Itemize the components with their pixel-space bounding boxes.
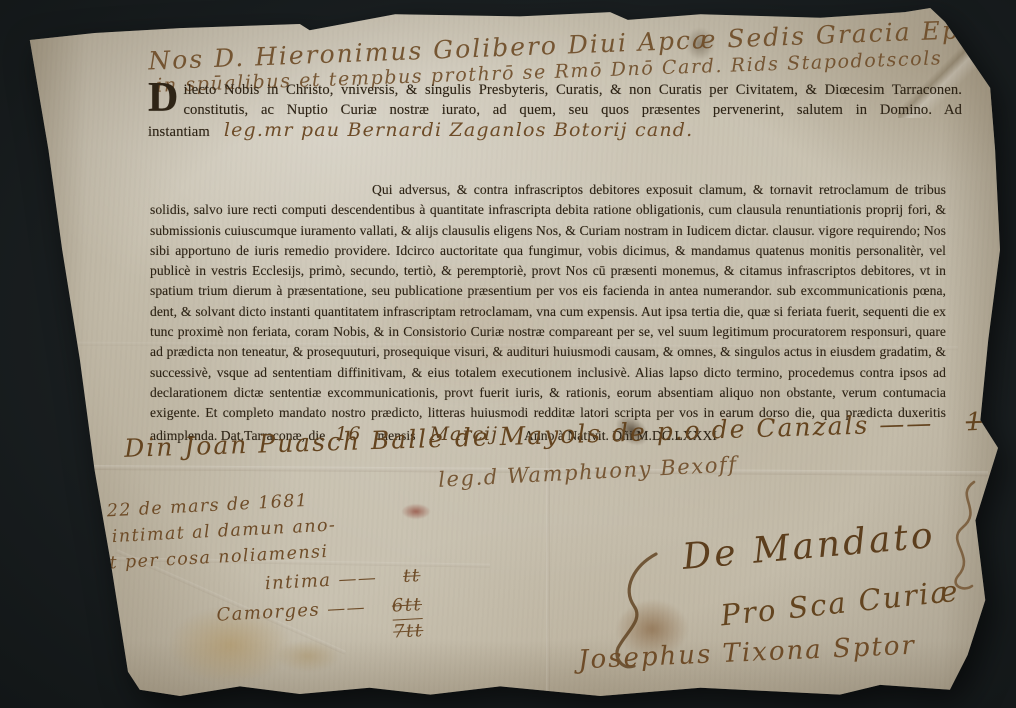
paper-shadow: Nos D. Hieronimus Golibero Diui Apcæ Sed… (0, 0, 1016, 708)
fee-total-value: 7tt (393, 618, 424, 643)
fee-value: 6tt (391, 592, 422, 620)
fee-label: intima —— (264, 565, 378, 597)
debtor-amount: 1tt (965, 406, 1008, 436)
body-text: Qui adversus, & contra infrascriptos deb… (150, 182, 946, 443)
photo-background: Nos D. Hieronimus Golibero Diui Apcæ Sed… (0, 0, 1016, 708)
signature-de-mandato: De Mandato (681, 515, 937, 578)
signature-pro-curia: Pro Sca Curiæ (719, 574, 961, 633)
document-paper: Nos D. Hieronimus Golibero Diui Apcæ Sed… (18, 8, 1000, 703)
printed-body: Qui adversus, & contra infrascriptos deb… (150, 180, 946, 446)
dropcap-letter: D (148, 80, 183, 115)
printed-salutation: Dilecto Nobis in Christo, vniversis, & s… (148, 80, 962, 142)
fee-value: tt (403, 563, 422, 590)
handwritten-clerk-note: leg.d Wamphuony Bexoff (438, 452, 739, 492)
margin-note: als 22 de mars de 1681 se a intimat al d… (70, 480, 468, 662)
instantiam-handwritten-name: leg.mr pau Bernardi Zaganlos Botorij can… (224, 119, 694, 141)
